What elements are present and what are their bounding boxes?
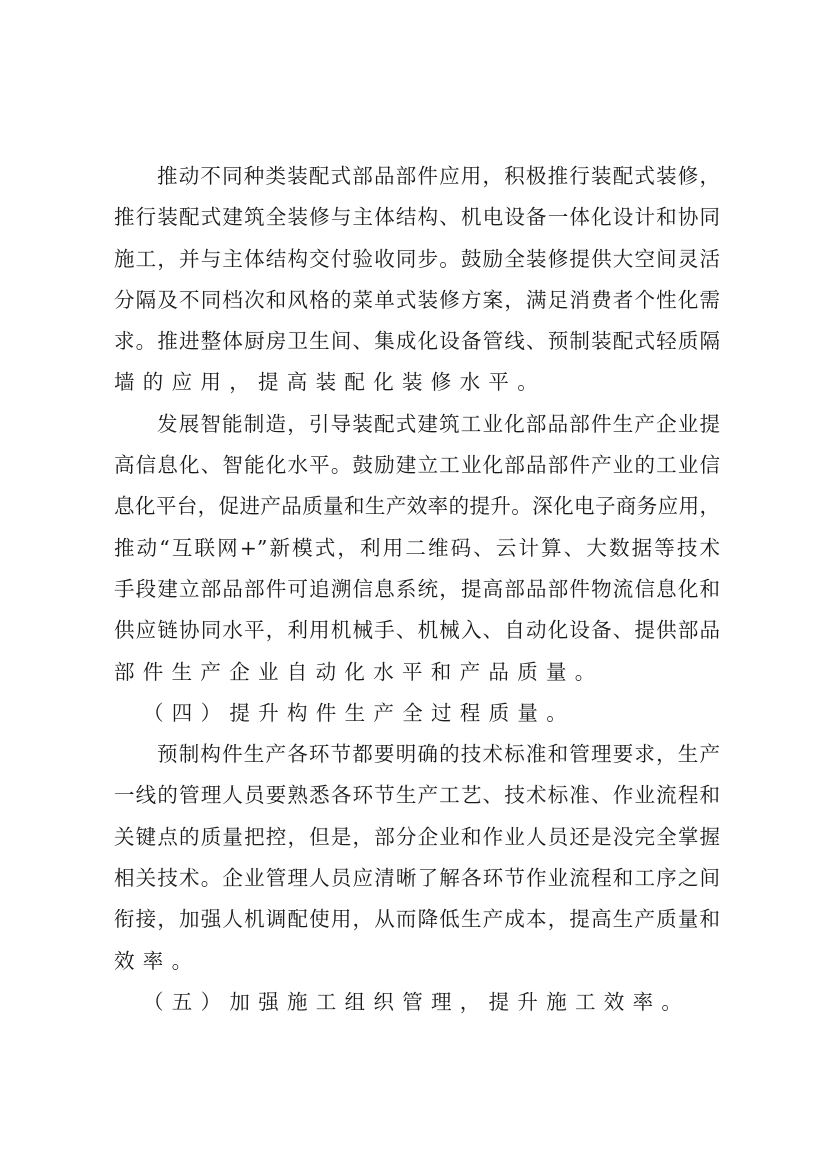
text-line: 推动不同种类装配式部品部件应用，积极推行装配式装修， bbox=[114, 156, 720, 197]
section-heading-5: （五）加强施工组织管理，提升施工效率。 bbox=[114, 982, 720, 1023]
text-line: 推动“互联网+”新模式，利用二维码、云计算、大数据等技术 bbox=[114, 528, 720, 569]
text-line: 预制构件生产各环节都要明确的技术标准和管理要求，生产 bbox=[114, 734, 720, 775]
text-line: 息化平台，促进产品质量和生产效率的提升。深化电子商务应用， bbox=[114, 486, 720, 527]
text-line: 发展智能制造，引导装配式建筑工业化部品部件生产企业提 bbox=[114, 404, 720, 445]
paragraph-prefab-decoration: 推动不同种类装配式部品部件应用，积极推行装配式装修， 推行装配式建筑全装修与主体… bbox=[114, 156, 720, 404]
text-line: 分隔及不同档次和风格的菜单式装修方案，满足消费者个性化需 bbox=[114, 280, 720, 321]
paragraph-smart-manufacturing: 发展智能制造，引导装配式建筑工业化部品部件生产企业提 高信息化、智能化水平。鼓励… bbox=[114, 404, 720, 693]
text-line: 高信息化、智能化水平。鼓励建立工业化部品部件产业的工业信 bbox=[114, 445, 720, 486]
text-line: 墙的应用，提高装配化装修水平。 bbox=[114, 362, 720, 403]
text-line: 手段建立部品部件可追溯信息系统，提高部品部件物流信息化和 bbox=[114, 569, 720, 610]
document-page: 推动不同种类装配式部品部件应用，积极推行装配式装修， 推行装配式建筑全装修与主体… bbox=[0, 0, 826, 1169]
text-line: 关键点的质量把控，但是，部分企业和作业人员还是没完全掌握 bbox=[114, 817, 720, 858]
text-line: 求。推进整体厨房卫生间、集成化设备管线、预制装配式轻质隔 bbox=[114, 321, 720, 362]
text-line: 推行装配式建筑全装修与主体结构、机电设备一体化设计和协同 bbox=[114, 197, 720, 238]
section-heading-4: （四）提升构件生产全过程质量。 bbox=[114, 693, 720, 734]
text-line: 供应链协同水平，利用机械手、机械入、自动化设备、提供部品 bbox=[114, 610, 720, 651]
text-line: 一线的管理人员要熟悉各环节生产工艺、技术标准、作业流程和 bbox=[114, 775, 720, 816]
text-line: 部件生产企业自动化水平和产品质量。 bbox=[114, 652, 720, 693]
text-line: 衔接，加强人机调配使用，从而降低生产成本，提高生产质量和 bbox=[114, 899, 720, 940]
text-line: 相关技术。企业管理人员应清晰了解各环节作业流程和工序之间 bbox=[114, 858, 720, 899]
text-line: 施工，并与主体结构交付验收同步。鼓励全装修提供大空间灵活 bbox=[114, 239, 720, 280]
text-line: 效率。 bbox=[114, 941, 720, 982]
paragraph-production-quality: 预制构件生产各环节都要明确的技术标准和管理要求，生产 一线的管理人员要熟悉各环节… bbox=[114, 734, 720, 982]
document-body: 推动不同种类装配式部品部件应用，积极推行装配式装修， 推行装配式建筑全装修与主体… bbox=[114, 156, 720, 1023]
